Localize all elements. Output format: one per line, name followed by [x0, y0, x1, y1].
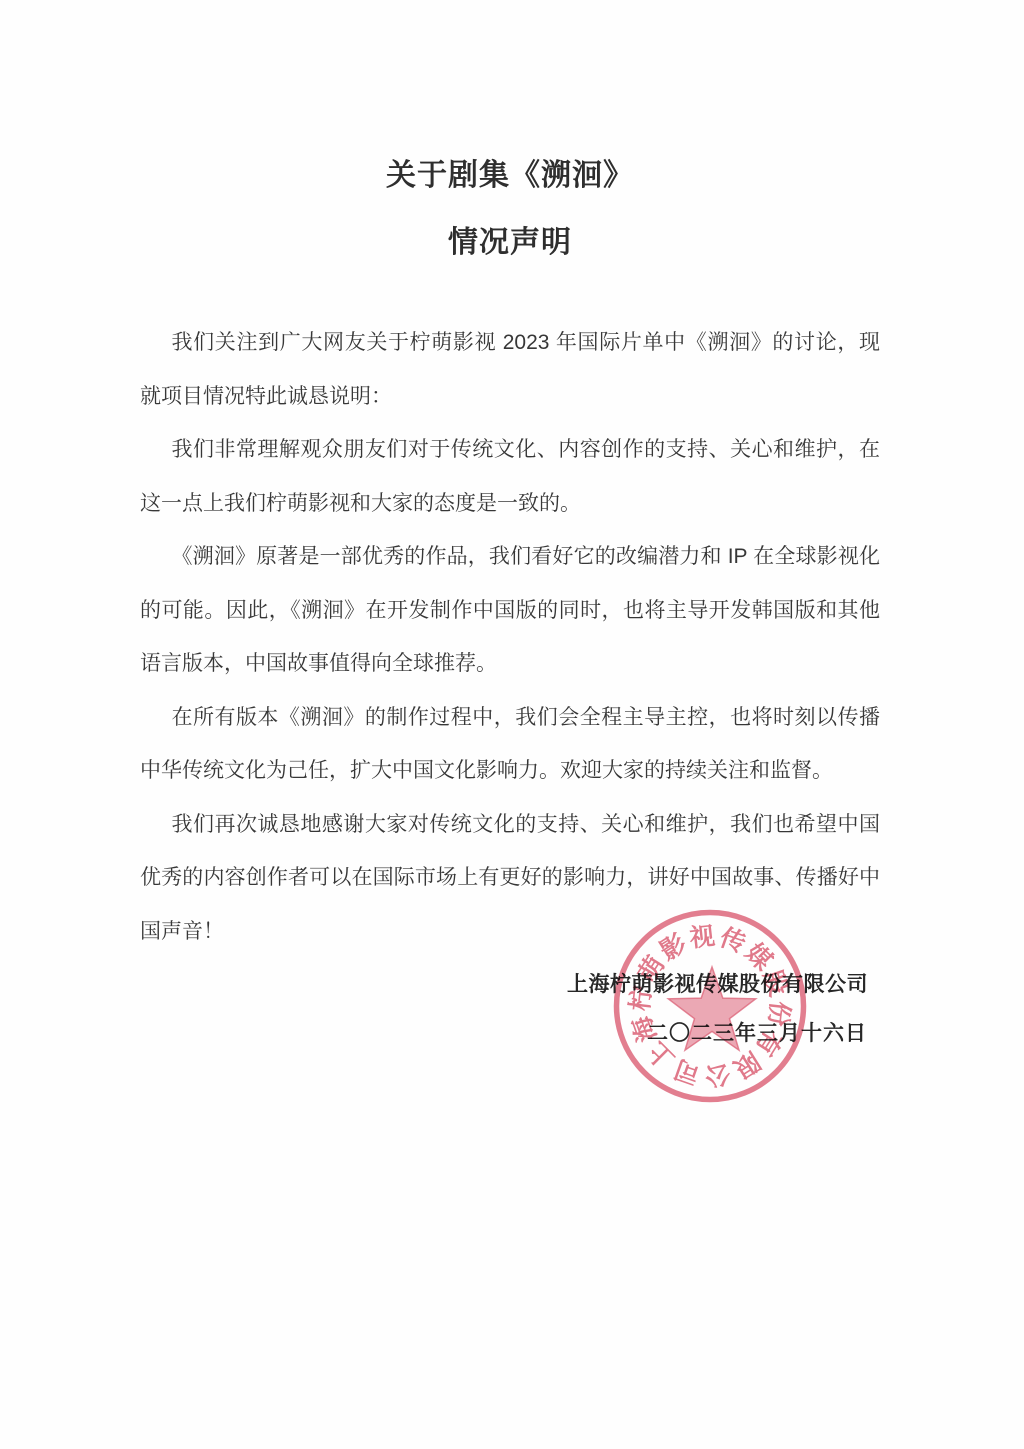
seal-text-char: 司	[671, 1054, 704, 1089]
company-signature: 上海柠萌影视传媒股份有限公司	[140, 958, 880, 1012]
document-title-line2: 情况声明	[140, 226, 880, 260]
seal-text-char: 公	[704, 1059, 732, 1090]
document-title-line1: 关于剧集《溯洄》	[140, 159, 880, 193]
statement-body: 我们关注到广大网友关于柠萌影视 2023 年国际片单中《溯洄》的讨论，现就项目情…	[140, 316, 880, 958]
statement-paragraph-1: 我们关注到广大网友关于柠萌影视 2023 年国际片单中《溯洄》的讨论，现就项目情…	[140, 316, 880, 423]
signature-block: 上海柠萌影视传媒股份有限公司 二〇二三年三月十六日	[140, 958, 880, 1056]
document-page: 关于剧集《溯洄》 情况声明 我们关注到广大网友关于柠萌影视 2023 年国际片单…	[0, 0, 1024, 1449]
statement-paragraph-5: 我们再次诚恳地感谢大家对传统文化的支持、关心和维护，我们也希望中国优秀的内容创作…	[140, 798, 880, 959]
statement-paragraph-2: 我们非常理解观众朋友们对于传统文化、内容创作的支持、关心和维护，在这一点上我们柠…	[140, 423, 880, 530]
statement-date: 二〇二三年三月十六日	[140, 1012, 880, 1056]
statement-document: 关于剧集《溯洄》 情况声明 我们关注到广大网友关于柠萌影视 2023 年国际片单…	[140, 0, 880, 1056]
statement-paragraph-3: 《溯洄》原著是一部优秀的作品，我们看好它的改编潜力和 IP 在全球影视化的可能。…	[140, 530, 880, 691]
statement-paragraph-4: 在所有版本《溯洄》的制作过程中，我们会全程主导主控，也将时刻以传播中华传统文化为…	[140, 691, 880, 798]
